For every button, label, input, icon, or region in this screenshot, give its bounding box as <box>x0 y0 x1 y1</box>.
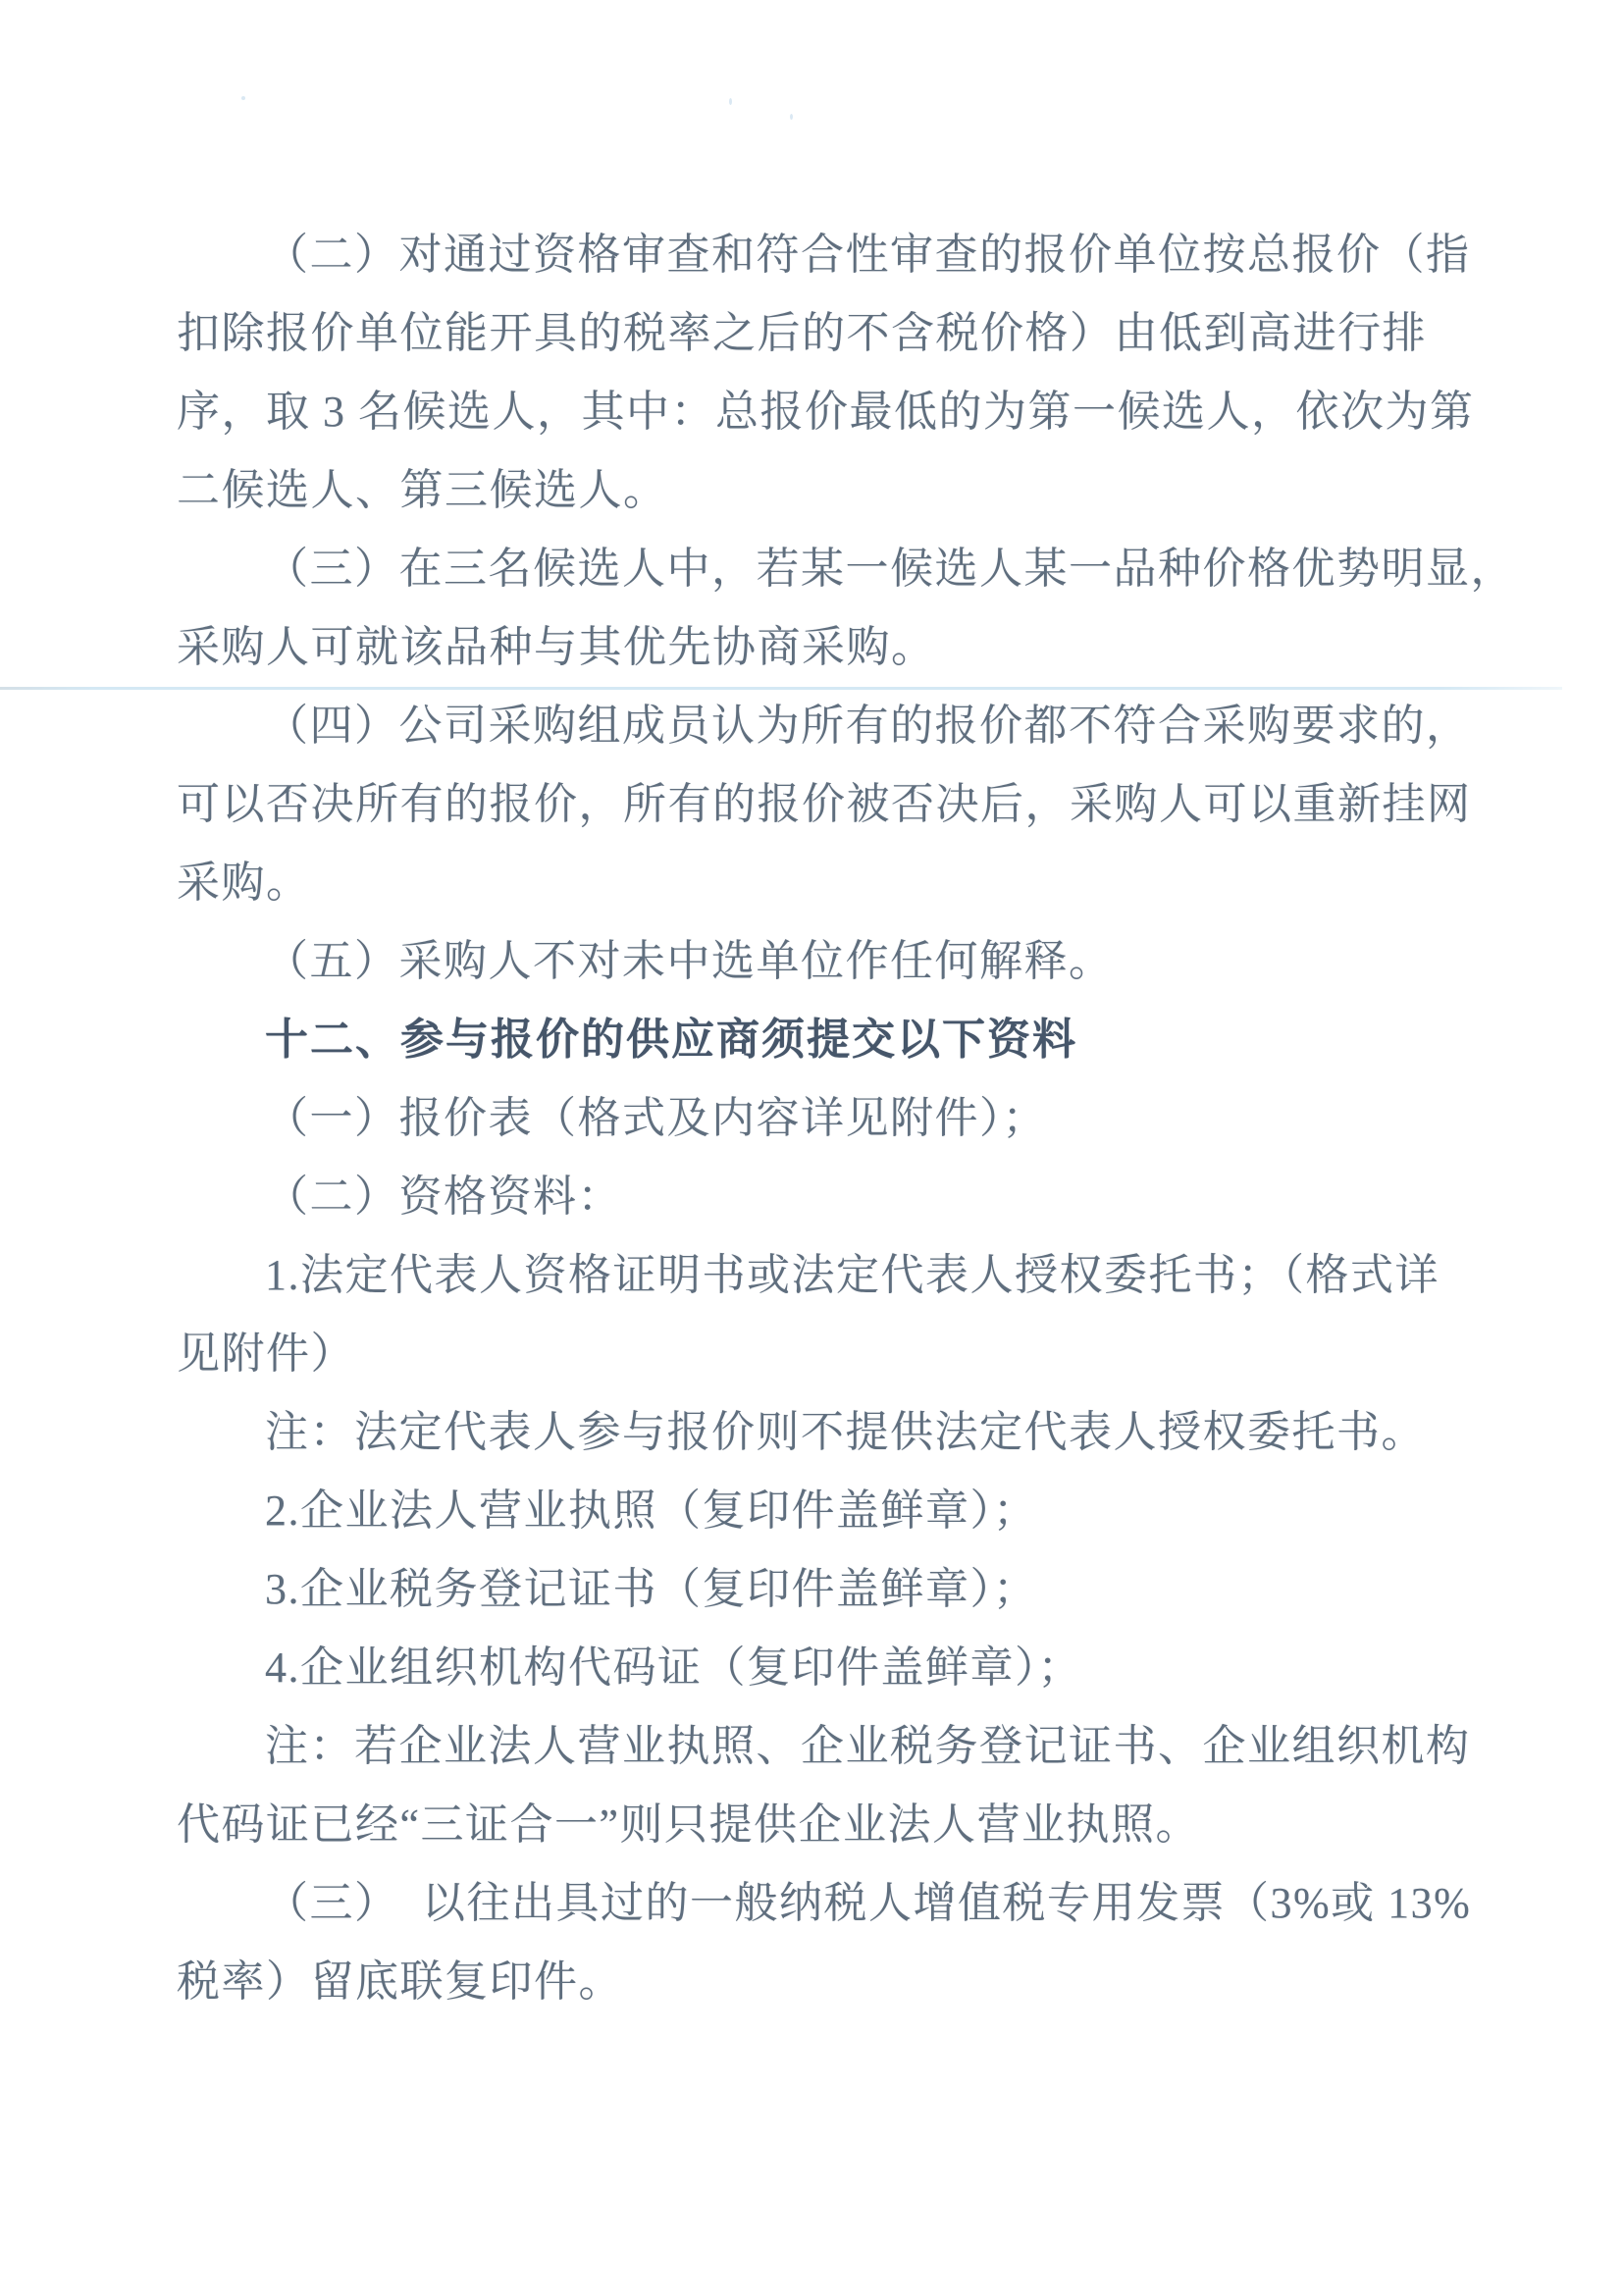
text-line: 2.企业法人营业执照（复印件盖鲜章）； <box>177 1472 1452 1550</box>
text-line: 见附件） <box>177 1315 1452 1393</box>
text-line: 4.企业组织机构代码证（复印件盖鲜章）； <box>177 1629 1452 1707</box>
text-line: 1.法定代表人资格证明书或法定代表人授权委托书；（格式详 <box>177 1236 1452 1315</box>
text-line: 注：若企业法人营业执照、企业税务登记证书、企业组织机构 <box>177 1707 1452 1786</box>
text-line: （四）公司采购组成员认为所有的报价都不符合采购要求的， <box>177 687 1452 765</box>
text-line: （五）采购人不对未中选单位作任何解释。 <box>177 922 1452 1001</box>
text-line: 3.企业税务登记证书（复印件盖鲜章）； <box>177 1550 1452 1629</box>
document-page: （二）对通过资格审查和符合性审查的报价单位按总报价（指扣除报价单位能开具的税率之… <box>0 0 1623 2296</box>
text-line: 扣除报价单位能开具的税率之后的不含税价格）由低到高进行排 <box>177 294 1452 373</box>
text-line: （一）报价表（格式及内容详见附件）； <box>177 1079 1452 1158</box>
text-line: 序，取 3 名候选人，其中：总报价最低的为第一候选人，依次为第 <box>177 373 1452 451</box>
text-line: （二）对通过资格审查和符合性审查的报价单位按总报价（指 <box>177 216 1452 294</box>
text-line: （三） 以往出具过的一般纳税人增值税专用发票（3%或 13% <box>177 1864 1452 1943</box>
text-line: 税率）留底联复印件。 <box>177 1943 1452 2021</box>
scan-speck <box>790 114 793 120</box>
scan-speck <box>729 98 732 105</box>
text-line: （二）资格资料： <box>177 1158 1452 1236</box>
section-heading-line: 十二、参与报价的供应商须提交以下资料 <box>177 1001 1452 1079</box>
text-line: （三）在三名候选人中，若某一候选人某一品种价格优势明显， <box>177 530 1452 608</box>
text-line: 采购。 <box>177 844 1452 922</box>
text-line: 注：法定代表人参与报价则不提供法定代表人授权委托书。 <box>177 1393 1452 1472</box>
text-line: 采购人可就该品种与其优先协商采购。 <box>177 608 1452 687</box>
text-line: 二候选人、第三候选人。 <box>177 451 1452 530</box>
text-line: 代码证已经“三证合一”则只提供企业法人营业执照。 <box>177 1786 1452 1864</box>
document-body: （二）对通过资格审查和符合性审查的报价单位按总报价（指扣除报价单位能开具的税率之… <box>177 216 1452 2021</box>
text-line: 可以否决所有的报价，所有的报价被否决后，采购人可以重新挂网 <box>177 765 1452 844</box>
scan-speck <box>241 96 245 100</box>
